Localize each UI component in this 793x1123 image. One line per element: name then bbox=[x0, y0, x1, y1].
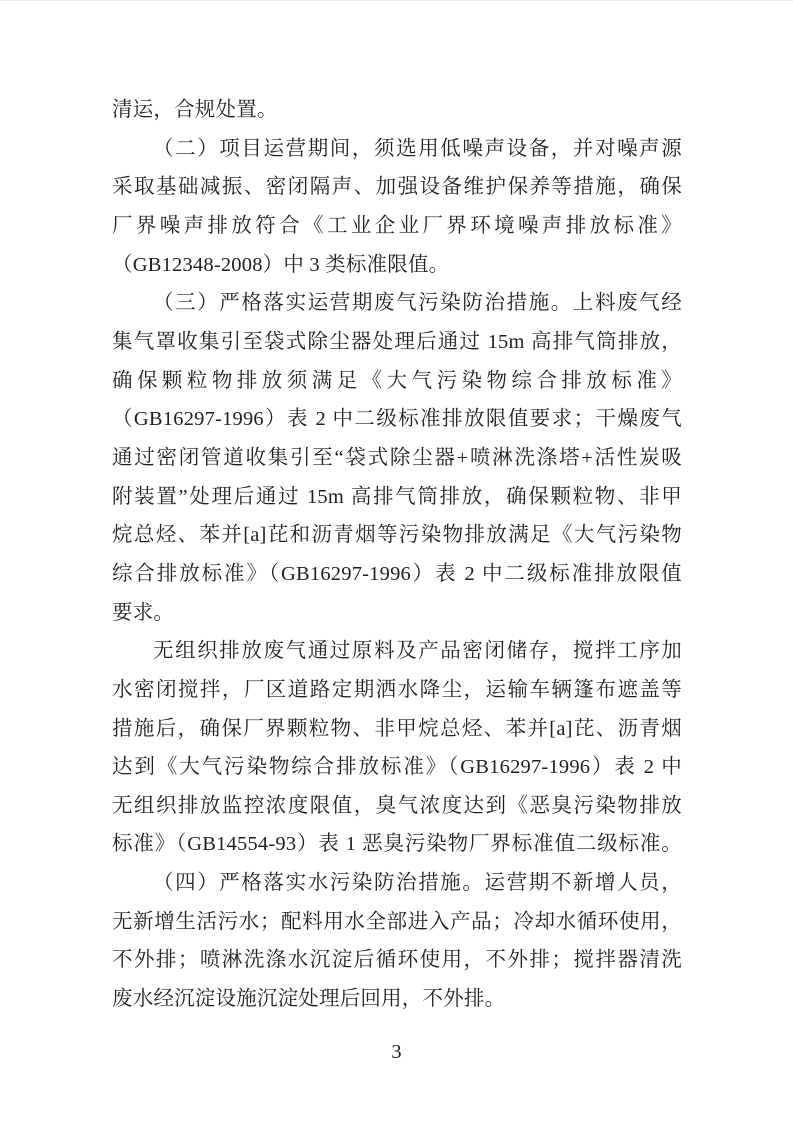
text-line: 无组织排放监控浓度限值，臭气浓度达到《恶臭污染物排放 bbox=[112, 787, 682, 826]
paragraph-water-measures: （四）严格落实水污染防治措施。运营期不新增人员， 无新增生活污水；配料用水全部进… bbox=[112, 864, 682, 1019]
text-line: 通过密闭管道收集引至“袋式除尘器+喷淋洗涤塔+活性炭吸 bbox=[112, 439, 682, 478]
text-line: 厂界噪声排放符合《工业企业厂界环境噪声排放标准》 bbox=[112, 207, 682, 246]
text-line: 达到《大气污染物综合排放标准》（GB16297-1996）表 2 中 bbox=[112, 748, 682, 787]
text-line: 无组织排放废气通过原料及产品密闭储存，搅拌工序加 bbox=[112, 632, 682, 671]
text-line: （GB12348-2008）中 3 类标准限值。 bbox=[112, 246, 682, 285]
paragraph-noise-measures: （二）项目运营期间，须选用低噪声设备，并对噪声源 采取基础减振、密闭隔声、加强设… bbox=[112, 130, 682, 285]
text-line: 水密闭搅拌，厂区道路定期洒水降尘，运输车辆篷布遮盖等 bbox=[112, 671, 682, 710]
text-line: 清运，合规处置。 bbox=[112, 91, 682, 130]
text-line: 措施后，确保厂界颗粒物、非甲烷总烃、苯并[a]芘、沥青烟 bbox=[112, 710, 682, 749]
text-line: 附装置”处理后通过 15m 高排气筒排放，确保颗粒物、非甲 bbox=[112, 478, 682, 517]
text-line: 废水经沉淀设施沉淀处理后回用，不外排。 bbox=[112, 980, 682, 1019]
page-footer: 3 bbox=[0, 1037, 793, 1067]
text-line: （GB16297-1996）表 2 中二级标准排放限值要求；干燥废气 bbox=[112, 400, 682, 439]
text-line: （二）项目运营期间，须选用低噪声设备，并对噪声源 bbox=[112, 130, 682, 169]
text-line: 集气罩收集引至袋式除尘器处理后通过 15m 高排气筒排放， bbox=[112, 323, 682, 362]
text-line: 要求。 bbox=[112, 594, 682, 633]
text-line: 综合排放标准》（GB16297-1996）表 2 中二级标准排放限值 bbox=[112, 555, 682, 594]
text-line: 烷总烃、苯并[a]芘和沥青烟等污染物排放满足《大气污染物 bbox=[112, 516, 682, 555]
text-line: 确保颗粒物排放须满足《大气污染物综合排放标准》 bbox=[112, 362, 682, 401]
paragraph-fugitive-emissions: 无组织排放废气通过原料及产品密闭储存，搅拌工序加 水密闭搅拌，厂区道路定期洒水降… bbox=[112, 632, 682, 864]
text-line: 标准》（GB14554-93）表 1 恶臭污染物厂界标准值二级标准。 bbox=[112, 825, 682, 864]
text-line: 不外排；喷淋洗涤水沉淀后循环使用，不外排；搅拌器清洗 bbox=[112, 941, 682, 980]
document-body: 清运，合规处置。 （二）项目运营期间，须选用低噪声设备，并对噪声源 采取基础减振… bbox=[112, 91, 682, 1019]
page-number: 3 bbox=[391, 1041, 401, 1063]
text-line: （三）严格落实运营期废气污染防治措施。上料废气经 bbox=[112, 284, 682, 323]
paragraph-gas-measures: （三）严格落实运营期废气污染防治措施。上料废气经 集气罩收集引至袋式除尘器处理后… bbox=[112, 284, 682, 632]
text-line: 无新增生活污水；配料用水全部进入产品；冷却水循环使用， bbox=[112, 903, 682, 942]
document-page: 清运，合规处置。 （二）项目运营期间，须选用低噪声设备，并对噪声源 采取基础减振… bbox=[0, 0, 793, 1123]
text-line: （四）严格落实水污染防治措施。运营期不新增人员， bbox=[112, 864, 682, 903]
text-line: 采取基础减振、密闭隔声、加强设备维护保养等措施，确保 bbox=[112, 168, 682, 207]
paragraph-continuation: 清运，合规处置。 bbox=[112, 91, 682, 130]
